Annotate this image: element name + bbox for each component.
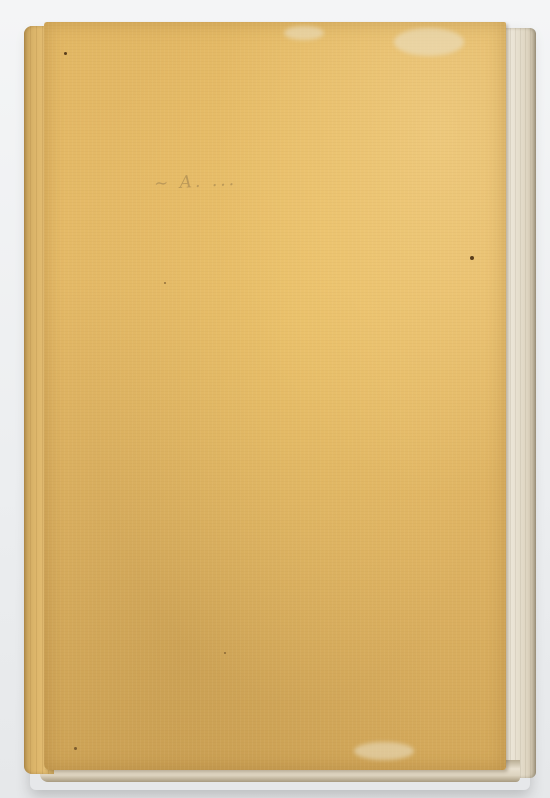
foxing-spot — [164, 282, 166, 284]
foxing-spot — [64, 52, 67, 55]
cover-scuff — [394, 28, 464, 56]
foxing-spot — [74, 747, 77, 750]
cover-scuff — [284, 26, 324, 40]
foxing-spot — [224, 652, 226, 654]
book-cover: ~ A. ... — [44, 22, 506, 770]
pencil-inscription: ~ A. ... — [154, 170, 238, 194]
cover-scuff — [354, 742, 414, 760]
foxing-spot — [470, 256, 474, 260]
